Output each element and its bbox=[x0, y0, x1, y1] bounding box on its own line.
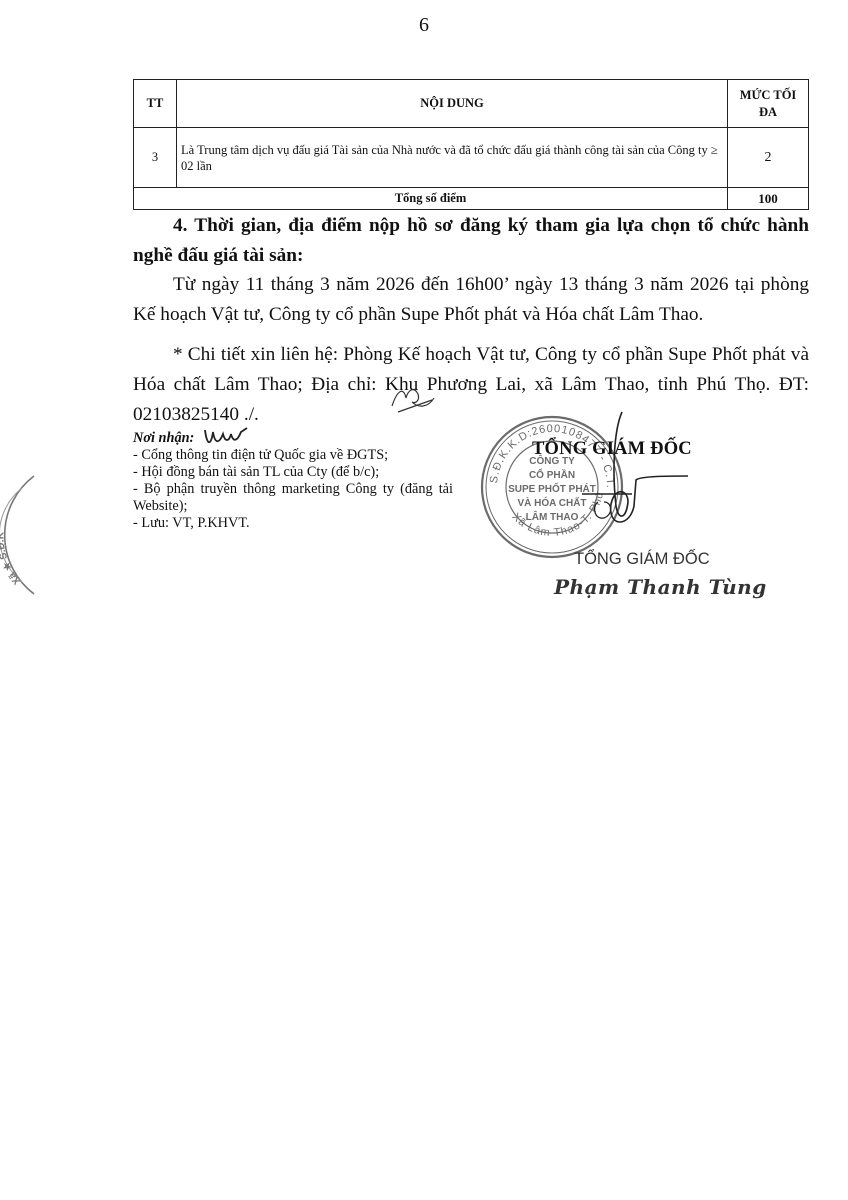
recipient-item: - Hội đồng bán tài sản TL của Cty (để b/… bbox=[133, 464, 453, 481]
section-4-heading: 4. Thời gian, địa điểm nộp hồ sơ đăng ký… bbox=[133, 211, 809, 271]
margin-stamp-text: Xã ★ S.Đ.K bbox=[0, 531, 23, 586]
handwritten-signature-icon bbox=[570, 410, 700, 540]
score-table: TT NỘI DUNG MỨC TỐI ĐA 3 Là Trung tâm dị… bbox=[133, 79, 809, 210]
recipients-block: Nơi nhận: - Cổng thông tin điện tử Quốc … bbox=[133, 430, 453, 532]
recipient-item: - Cổng thông tin điện tử Quốc gia về ĐGT… bbox=[133, 447, 453, 464]
cell-content: Là Trung tâm dịch vụ đấu giá Tài sản của… bbox=[177, 128, 728, 188]
signature-block: S.Đ.K.K.D:2600108477 - C.T.C Xã Lâm Thao… bbox=[470, 405, 770, 615]
header-max-label: MỨC TỐI ĐA bbox=[740, 88, 797, 119]
header-tt: TT bbox=[134, 80, 177, 128]
time-paragraph: Từ ngày 11 tháng 3 năm 2026 đến 16h00’ n… bbox=[133, 270, 809, 330]
page-number: 6 bbox=[0, 14, 848, 37]
cell-max: 2 bbox=[728, 128, 809, 188]
total-value: 100 bbox=[728, 188, 809, 210]
header-max: MỨC TỐI ĐA bbox=[728, 80, 809, 128]
stamp-line: CỔ PHẦN bbox=[529, 468, 575, 481]
svg-text:Xã ★ S.Đ.K: Xã ★ S.Đ.K bbox=[0, 531, 23, 586]
recipient-item: - Bộ phận truyền thông marketing Công ty… bbox=[133, 481, 453, 515]
recipient-item: - Lưu: VT, P.KHVT. bbox=[133, 515, 453, 532]
cell-tt: 3 bbox=[134, 128, 177, 188]
table-total-row: Tổng số điểm 100 bbox=[134, 188, 809, 210]
time-paragraph-text: Từ ngày 11 tháng 3 năm 2026 đến 16h00’ n… bbox=[133, 274, 809, 325]
signer-title: TỔNG GIÁM ĐỐC bbox=[574, 550, 710, 569]
table-header-row: TT NỘI DUNG MỨC TỐI ĐA bbox=[134, 80, 809, 128]
initials-scribble-icon bbox=[388, 384, 438, 416]
margin-stamp-fragment-icon: Xã ★ S.Đ.K bbox=[0, 470, 40, 600]
recipients-title: Nơi nhận: bbox=[133, 430, 194, 446]
recipients-initials-icon bbox=[201, 424, 251, 450]
table-row: 3 Là Trung tâm dịch vụ đấu giá Tài sản c… bbox=[134, 128, 809, 188]
header-content: NỘI DUNG bbox=[177, 80, 728, 128]
signer-name: Phạm Thanh Tùng bbox=[554, 575, 767, 599]
total-label: Tổng số điểm bbox=[134, 188, 728, 210]
section-4-heading-text: 4. Thời gian, địa điểm nộp hồ sơ đăng ký… bbox=[133, 215, 809, 266]
